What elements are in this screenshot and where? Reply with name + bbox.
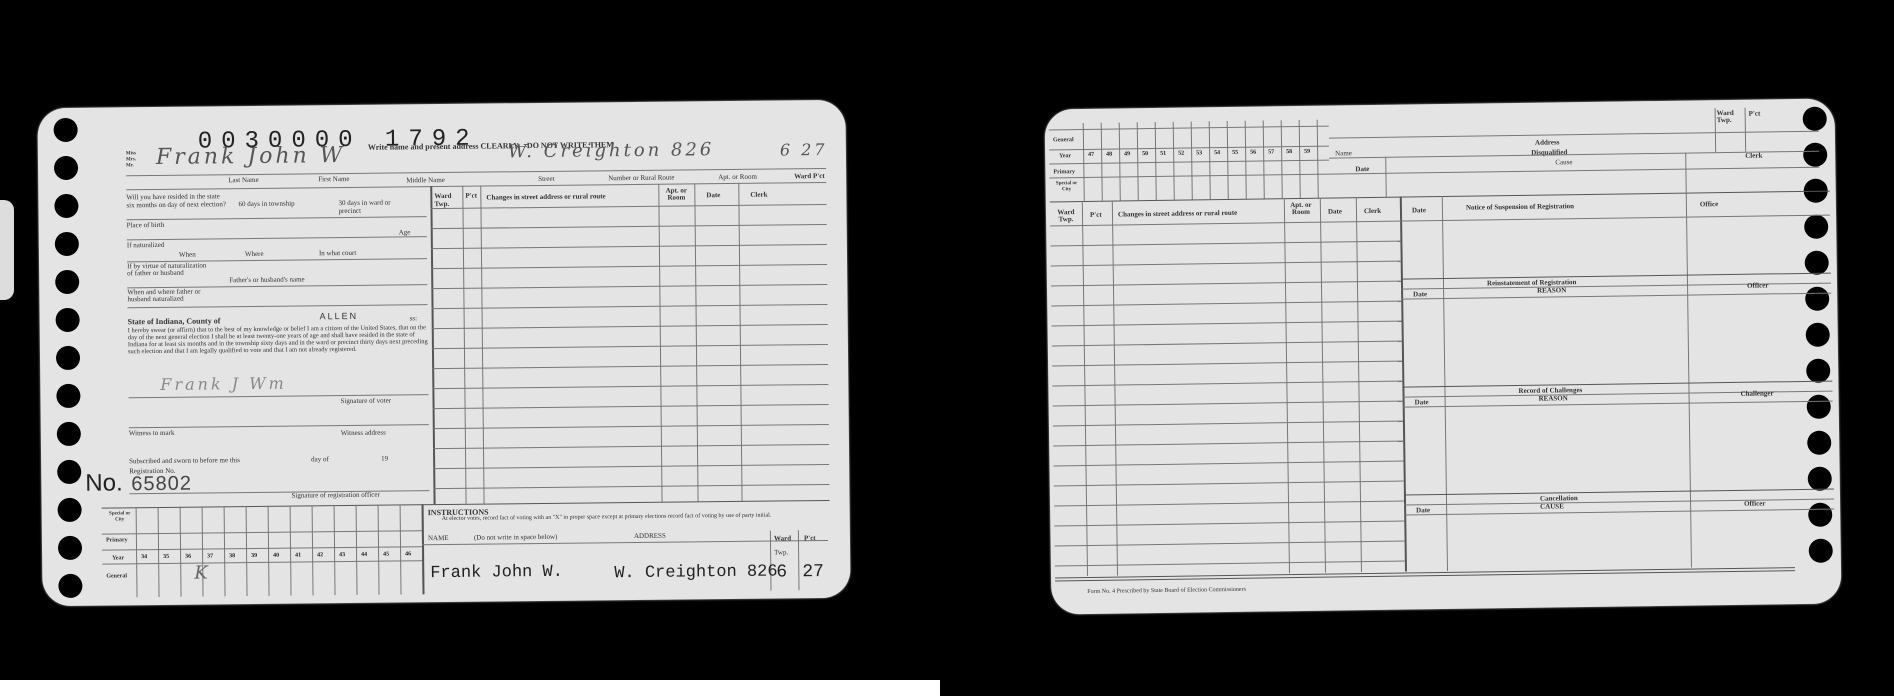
- row-line: [1052, 341, 1402, 347]
- punch-hole: [1805, 251, 1829, 275]
- row-line: [1051, 281, 1401, 287]
- label-no-write: (Do not write in space below): [474, 533, 557, 542]
- grid-year-label: 52: [1178, 151, 1184, 157]
- grid-row-year: Year: [1059, 153, 1071, 159]
- punch-hole: [1805, 287, 1829, 311]
- col-apt-room: Apt. or Room: [660, 187, 692, 201]
- reinstatement-reason: REASON: [1537, 286, 1566, 294]
- label-father-name: Father's or husband's name: [229, 275, 305, 284]
- punch-hole: [56, 308, 80, 332]
- grid-year-label: 45: [383, 552, 389, 558]
- grid-year-label: 51: [1160, 151, 1166, 157]
- punch-hole: [56, 346, 80, 370]
- registration-number-prefix: No.: [85, 469, 123, 497]
- grid-year-label: 59: [1304, 149, 1310, 155]
- voting-grid-columns: 47484950515253545556575859: [1045, 99, 1835, 110]
- grid-column-line: [158, 507, 160, 597]
- label-day-of: day of: [311, 455, 329, 463]
- label-where: Where: [245, 250, 264, 258]
- punch-hole: [1803, 107, 1827, 131]
- label-days-township: 60 days in township: [238, 200, 298, 209]
- col-suspension-date: Date: [1412, 206, 1426, 214]
- label-address: ADDRESS: [634, 532, 666, 540]
- label-signature-voter: Signature of voter: [340, 397, 391, 406]
- label-signature-officer: Signature of registration officer: [291, 491, 379, 500]
- punch-hole: [1806, 323, 1830, 347]
- grid-year-label: 48: [1106, 152, 1112, 158]
- handwritten-ward: 6 27: [780, 140, 828, 159]
- row-line: [1053, 441, 1403, 447]
- punch-hole: [54, 194, 78, 218]
- row-line: [1053, 461, 1403, 467]
- punch-hole: [1808, 503, 1832, 527]
- punch-hole: [1807, 431, 1831, 455]
- row-line: [1051, 301, 1401, 307]
- grid-row-year: Year: [112, 555, 124, 561]
- label-address: Address: [1535, 138, 1560, 146]
- row-line: [1053, 401, 1403, 407]
- grid-year-label: 44: [361, 552, 367, 558]
- col-pct: P'ct: [1090, 211, 1102, 219]
- reinstatement-officer: Officer: [1747, 281, 1768, 289]
- stamped-name: Frank John W.: [430, 563, 563, 583]
- label-first-name: First Name: [318, 175, 349, 183]
- label-name: Name: [1335, 149, 1352, 157]
- label-last-name: Last Name: [228, 176, 259, 184]
- label-witness-mark: Witness to mark: [129, 429, 175, 437]
- grid-year-label: 57: [1268, 149, 1274, 155]
- grid-row-primary: Primary: [1053, 169, 1075, 175]
- punch-hole: [1806, 359, 1830, 383]
- cancellation-cause: CAUSE: [1540, 502, 1564, 510]
- punch-hole: [56, 384, 80, 408]
- label-date: Date: [1355, 165, 1369, 173]
- grid-year-label: 37: [207, 553, 213, 559]
- grid-year-label: 41: [295, 553, 301, 559]
- label-ward: Ward: [774, 534, 791, 542]
- label-apt-room: Apt. or Room: [718, 173, 757, 181]
- label-residence-question: Will you have resided in the state six m…: [126, 192, 226, 209]
- grid-row-primary: Primary: [106, 537, 128, 543]
- grid-column-line: [180, 507, 182, 597]
- county-value: ALLEN: [320, 311, 359, 321]
- handwritten-name: Frank John W: [156, 143, 346, 170]
- grid-year-label: 46: [405, 551, 411, 557]
- registration-card-front: 0030000 1792 Write name and present addr…: [37, 100, 850, 606]
- challenge-reason: REASON: [1539, 394, 1568, 402]
- label-middle-name: Middle Name: [406, 176, 445, 184]
- title-mr: Mr.: [126, 163, 134, 168]
- label-pct: P'ct: [804, 534, 816, 542]
- label-what-court: In what court: [319, 249, 356, 257]
- white-strip: [0, 680, 940, 696]
- grid-column-line: [400, 504, 402, 594]
- row-line: [1055, 561, 1405, 567]
- col-changes: Changes in street address or rural route: [486, 192, 605, 201]
- punch-hole: [57, 498, 81, 522]
- grid-year-label: 43: [339, 552, 345, 558]
- grid-year-label: 49: [1124, 151, 1130, 157]
- punch-hole: [58, 536, 82, 560]
- grid-year-label: 39: [251, 553, 257, 559]
- label-pct-top: P'ct: [1749, 110, 1761, 118]
- stamped-ward: 6: [776, 562, 787, 582]
- label-number-route: Number or Rural Route: [608, 174, 674, 183]
- label-clerk-top: Clerk: [1745, 152, 1762, 160]
- grid-row-general: General: [1053, 137, 1074, 143]
- label-days-ward: 30 days in ward or precinct: [338, 198, 408, 215]
- label-age: Age: [399, 228, 411, 236]
- label-ward-pct: Ward P'ct: [794, 172, 825, 180]
- grid-year-label: 34: [141, 554, 147, 560]
- row-line: [1054, 521, 1404, 527]
- grid-year-label: 40: [273, 553, 279, 559]
- reinstatement-date: Date: [1413, 290, 1427, 298]
- grid-column-line: [290, 506, 292, 596]
- col-date: Date: [1328, 207, 1342, 215]
- label-place-of-birth: Place of birth: [127, 221, 167, 229]
- col-clerk: Clerk: [1364, 207, 1381, 215]
- label-name: NAME: [428, 534, 449, 542]
- row-line: [1052, 361, 1402, 367]
- grid-column-line: [136, 507, 138, 597]
- handwritten-address: W. Creighton 826: [508, 139, 715, 162]
- stamped-address: W. Creighton 826: [614, 563, 777, 584]
- label-when: When: [179, 251, 196, 259]
- changes-rows: [1045, 99, 1835, 110]
- col-notice-suspension: Notice of Suspension of Registration: [1466, 202, 1574, 212]
- row-line: [1052, 321, 1402, 327]
- grid-column-line: [334, 505, 336, 595]
- col-changes: Changes in street address or rural route: [1118, 209, 1237, 219]
- punch-hole: [1809, 539, 1833, 563]
- label-state-county: State of Indiana, County of: [128, 316, 221, 326]
- col-date: Date: [706, 191, 720, 199]
- punch-hole: [1807, 395, 1831, 419]
- oath-text: I hereby swear (or affirm) that to the b…: [128, 324, 428, 355]
- grid-year-label: 55: [1232, 150, 1238, 156]
- row-line: [1052, 381, 1402, 387]
- row-line: [1054, 481, 1404, 487]
- form-footer: Form No. 4 Prescribed by State Board of …: [1087, 587, 1246, 595]
- voter-signature: Frank J Wm: [160, 374, 287, 394]
- grid-column-line: [268, 506, 270, 596]
- registration-card-back: General Year Primary Special or City 474…: [1045, 99, 1842, 615]
- grid-year-label: 42: [317, 552, 323, 558]
- row-line: [1051, 261, 1401, 267]
- label-street: Street: [538, 175, 554, 183]
- punch-hole: [55, 232, 79, 256]
- row-line: [1055, 541, 1405, 547]
- label-ss: ss:: [410, 314, 417, 322]
- grid-year-label: 56: [1250, 150, 1256, 156]
- col-clerk: Clerk: [750, 191, 767, 199]
- grid-column-line: [246, 506, 248, 596]
- stamped-pct: 27: [802, 562, 824, 582]
- grid-year-label: 54: [1214, 150, 1220, 156]
- punch-hole: [54, 156, 78, 180]
- punch-hole: [55, 270, 79, 294]
- title-miss: Miss: [126, 151, 136, 156]
- grid-year-label: 35: [163, 554, 169, 560]
- label-year-prefix: 19: [381, 455, 388, 463]
- punch-hole: [1808, 467, 1832, 491]
- label-witness-address: Witness address: [341, 429, 386, 437]
- grid-row-general: General: [106, 573, 127, 579]
- grid-row-special: Special or City: [1054, 181, 1080, 193]
- grid-year-label: 53: [1196, 150, 1202, 156]
- row-line: [1054, 501, 1404, 507]
- cancellation-officer: Officer: [1744, 500, 1765, 508]
- grid-column-line: [312, 505, 314, 595]
- challenge-date: Date: [1415, 398, 1429, 406]
- col-pct: P'ct: [465, 192, 477, 200]
- label-virtue: If by virtue of naturalization of father…: [127, 262, 207, 277]
- label-cause: Cause: [1555, 158, 1572, 166]
- label-ward-twp-top: Ward Twp.: [1717, 110, 1741, 124]
- general-vote-mark: K: [194, 562, 211, 583]
- row-line: [1050, 241, 1400, 247]
- instructions-text: At elector votes, record fact of voting …: [442, 512, 832, 523]
- punch-hole: [1804, 215, 1828, 239]
- grid-row-special: Special or City: [106, 511, 134, 523]
- challenge-challenger: Challenger: [1740, 389, 1773, 397]
- col-office: Office: [1700, 200, 1718, 208]
- label-when-where-father: When and where father or husband natural…: [127, 288, 217, 303]
- card-edge-stub: [0, 200, 14, 300]
- cancellation-date: Date: [1416, 506, 1430, 514]
- grid-year-label: 38: [229, 553, 235, 559]
- col-ward-twp: Ward Twp.: [1054, 209, 1078, 223]
- col-ward-twp: Ward Twp.: [434, 192, 460, 208]
- voting-grid-columns: 34353637383940414243444546: [37, 100, 845, 108]
- grid-column-line: [356, 505, 358, 595]
- label-subscribed: Subscribed and sworn to before me this: [129, 456, 240, 465]
- grid-year-label: 58: [1286, 149, 1292, 155]
- grid-year-label: 47: [1088, 152, 1094, 158]
- title-mrs: Mrs.: [126, 157, 136, 162]
- col-apt-room: Apt. or Room: [1286, 202, 1316, 216]
- label-naturalized: If naturalized: [127, 241, 167, 249]
- grid-year-label: 36: [185, 554, 191, 560]
- grid-column-line: [378, 505, 380, 595]
- grid-year-label: 50: [1142, 151, 1148, 157]
- label-twp: Twp.: [774, 548, 788, 556]
- punch-hole: [1803, 143, 1827, 167]
- punch-hole: [54, 118, 78, 142]
- punch-hole: [57, 460, 81, 484]
- grid-column-line: [224, 506, 226, 596]
- punch-hole: [57, 422, 81, 446]
- punch-hole: [58, 574, 82, 598]
- row-line: [1053, 421, 1403, 427]
